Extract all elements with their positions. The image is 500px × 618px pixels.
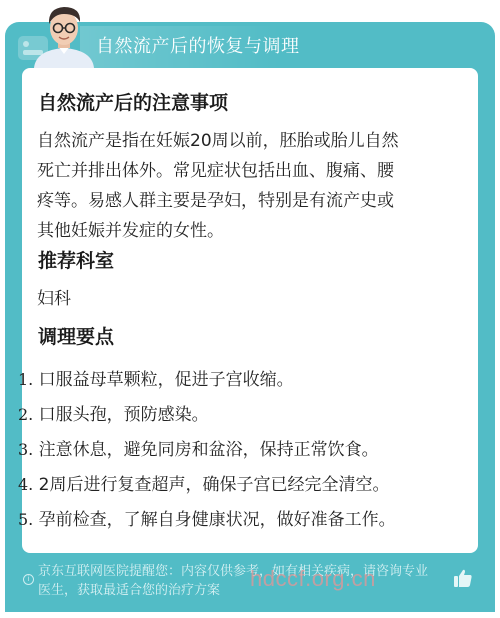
thumbs-up-icon[interactable]: [453, 568, 473, 588]
section-heading-department: 推荐科室: [38, 246, 114, 273]
section-heading-care-points: 调理要点: [38, 322, 114, 349]
list-item: 4. 2周后进行复查超声，确保子宫已经完全清空。: [18, 470, 390, 495]
disclaimer-line: 医生，获取最适合您的治疗方案: [38, 581, 458, 600]
list-item: 5. 孕前检查，了解自身健康状况，做好准备工作。: [18, 505, 396, 530]
info-icon: i: [23, 574, 34, 585]
precautions-paragraph: 自然流产是指在妊娠20周以前，胚胎或胎儿自然 死亡并排出体外。常见症状包括出血、…: [37, 126, 457, 246]
list-item: 1. 口服益母草颗粒，促进子宫收缩。: [18, 365, 294, 390]
section-heading-precautions: 自然流产后的注意事项: [38, 88, 228, 115]
disclaimer: 京东互联网医院提醒您：内容仅供参考，如有相关疾病，请咨询专业 医生，获取最适合您…: [38, 562, 458, 600]
list-item: 2. 口服头孢，预防感染。: [18, 400, 209, 425]
department-value: 妇科: [37, 284, 457, 314]
list-item: 3. 注意休息，避免同房和盆浴，保持正常饮食。: [18, 435, 379, 460]
paragraph-line: 自然流产是指在妊娠20周以前，胚胎或胎儿自然: [37, 126, 457, 156]
disclaimer-line: 京东互联网医院提醒您：内容仅供参考，如有相关疾病，请咨询专业: [38, 562, 458, 581]
paragraph-line: 疼等。易感人群主要是孕妇，特别是有流产史或: [37, 186, 457, 216]
avatar: [30, 2, 98, 68]
paragraph-line: 其他妊娠并发症的女性。: [37, 216, 457, 246]
paragraph-line: 死亡并排出体外。常见症状包括出血、腹痛、腰: [37, 156, 457, 186]
page-title: 自然流产后的恢复与调理: [96, 32, 300, 58]
watermark: hdccf.org.cn: [250, 566, 376, 592]
